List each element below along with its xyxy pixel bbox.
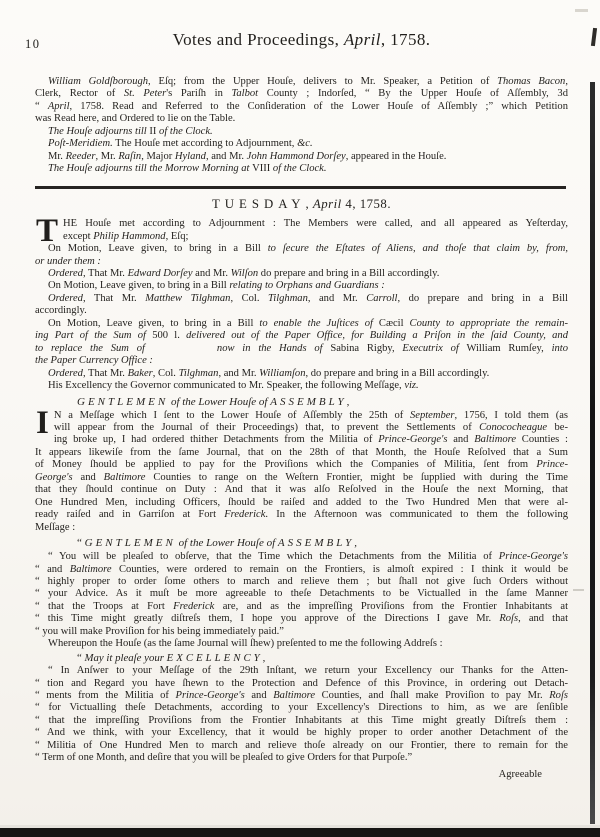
text-line: One Hundred Men, including Officers, ſho… xyxy=(35,497,568,509)
text-line: “ ments from the Militia of Prince-Georg… xyxy=(35,690,568,702)
text-line: GENTLEMEN of the Lower Houſe of ASSEMBLY… xyxy=(35,396,568,409)
drop-cap: I xyxy=(35,410,54,435)
scan-bottom-bar xyxy=(0,828,600,837)
text-line: George's and Baltimore Counties to range… xyxy=(35,472,568,484)
gentlemen-heading-2: “ GENTLEMEN of the Lower Houſe of ASSEMB… xyxy=(35,537,568,550)
text-line: Clerk, Rector of St. Peter's Pariſh in T… xyxy=(35,88,568,100)
text-line: accordingly. xyxy=(35,305,568,317)
page-title-month: April xyxy=(344,30,381,49)
text-line: It appears likewiſe from the ſame Journa… xyxy=(35,447,568,459)
text-line: Whereupon the Houſe (as the ſame Journal… xyxy=(35,638,568,650)
text-line: will appear from the Journal of their Pr… xyxy=(35,422,568,434)
text-line: “ April, 1758. Read and Referred to the … xyxy=(35,101,568,113)
gentlemen-heading-1: GENTLEMEN of the Lower Houſe of ASSEMBLY… xyxy=(35,396,568,409)
page-title-pre: Votes and Proceedings, xyxy=(173,30,344,49)
text-line: “ tion and Regard you have ſhewn to the … xyxy=(35,678,568,690)
text-line: “ that the Troops at Fort Frederick are,… xyxy=(35,601,568,613)
tuesday-heading: TUESDAY, April 4, 1758. xyxy=(35,198,568,210)
house-address-quote: “ In Anſwer to your Meſſage of the 29th … xyxy=(35,665,568,765)
scan-speck-top xyxy=(575,9,588,12)
address-intro: Whereupon the Houſe (as the ſame Journal… xyxy=(35,638,568,650)
scan-edge-shadow xyxy=(590,82,595,824)
text-line: to replace the Sum ofnow in the Hands of… xyxy=(35,343,568,355)
text-line: “ this Time might greatly diſtreſs them,… xyxy=(35,613,568,625)
text-line: “ And we think, with your Excellency, th… xyxy=(35,727,568,739)
text-line: On Motion, Leave given, to bring in a Bi… xyxy=(35,243,568,255)
text-line: “ Term of one Month, and deſire that you… xyxy=(35,752,568,764)
page-title-post: , 1758. xyxy=(381,30,431,49)
text-line: except Philip Hammond, Eſq; xyxy=(35,231,568,243)
text-line: His Excellency the Governor communicated… xyxy=(35,380,568,392)
text-line: Poſt-Meridiem. The Houſe met according t… xyxy=(35,138,568,150)
text-line: Mr. Reeder, Mr. Raſin, Major Hyland, and… xyxy=(35,151,568,163)
text-line: was Read here, and Ordered to lie on the… xyxy=(35,113,568,125)
text-line: Ordered, That Mr. Edward Dorſey and Mr. … xyxy=(35,268,568,280)
text-line: The Houſe adjourns till II of the Clock. xyxy=(35,126,568,138)
text-line: “ You will be pleaſed to obſerve, that t… xyxy=(35,551,568,563)
text-line: The Houſe adjourns till the Morrow Morni… xyxy=(35,163,568,175)
text-line: “ you will make Proviſion for his being … xyxy=(35,626,568,638)
page-content: William Goldſborough, Eſq; from the Uppe… xyxy=(35,76,568,781)
text-line: Ordered, That Mr. Matthew Tilghman, Col.… xyxy=(35,293,568,305)
text-line: On Motion, Leave given, to bring in a Bi… xyxy=(35,318,568,330)
scan-speck-mid xyxy=(573,589,584,591)
text-line: “ In Anſwer to your Meſſage of the 29th … xyxy=(35,665,568,677)
text-line: Agreeable xyxy=(35,769,568,781)
text-line: William Goldſborough, Eſq; from the Uppe… xyxy=(35,76,568,88)
petition-paragraph: William Goldſborough, Eſq; from the Uppe… xyxy=(35,76,568,126)
section-divider-rule xyxy=(35,186,566,189)
page-number: 10 xyxy=(25,37,41,52)
text-line: of Money ſhould be applied to pay for th… xyxy=(35,459,568,471)
text-line: “ that the impreſſing Proviſions from th… xyxy=(35,715,568,727)
text-line: ready raiſed and in Garriſon at Fort Fre… xyxy=(35,509,568,521)
text-line: “ for Victualling theſe Detachments, acc… xyxy=(35,702,568,714)
drop-cap: T xyxy=(35,218,63,243)
governor-message-quote: “ You will be pleaſed to obſerve, that t… xyxy=(35,551,568,638)
governor-message-paragraph: IN a Meſſage which I ſent to the Lower H… xyxy=(35,410,568,535)
text-line: “ May it pleaſe your EXCELLENCY, xyxy=(35,652,568,664)
tuesday-opening-paragraph: THE Houſe met according to Adjournment :… xyxy=(35,218,568,243)
text-line: ing broke up, I had ordered thither Deta… xyxy=(35,434,568,446)
text-line: or under them : xyxy=(35,256,568,268)
text-line: “ and Baltimore Counties, were ordered t… xyxy=(35,564,568,576)
text-line: “ Militia of One Hundred Men to march an… xyxy=(35,740,568,752)
scan-edge-curl xyxy=(591,28,597,46)
text-line: N a Meſſage which I ſent to the Lower Ho… xyxy=(35,410,568,422)
page-title: Votes and Proceedings, April, 1758. xyxy=(35,30,568,50)
text-line: “ highly proper to order ſome others to … xyxy=(35,576,568,588)
motions: On Motion, Leave given, to bring in a Bi… xyxy=(35,243,568,392)
running-header: 10 Votes and Proceedings, April, 1758. xyxy=(35,30,568,55)
scanned-document-page: 10 Votes and Proceedings, April, 1758. W… xyxy=(0,0,600,837)
text-line: Meſſage : xyxy=(35,522,568,534)
text-line: “ your Advice. As it muſt be more agreea… xyxy=(35,588,568,600)
text-line: HE Houſe met according to Adjournment : … xyxy=(35,218,568,230)
page-body: 10 Votes and Proceedings, April, 1758. W… xyxy=(35,30,568,781)
catchword: Agreeable xyxy=(35,769,568,781)
text-line: “ GENTLEMEN of the Lower Houſe of ASSEMB… xyxy=(35,537,568,550)
address-salutation: “ May it pleaſe your EXCELLENCY, xyxy=(35,652,568,664)
adjournment-lines: The Houſe adjourns till II of the Clock.… xyxy=(35,126,568,176)
text-line: the Paper Currency Office : xyxy=(35,355,568,367)
text-line: that they ſhould continue on Duty : And … xyxy=(35,484,568,496)
text-line: TUESDAY, April 4, 1758. xyxy=(35,198,568,210)
text-line: Ordered, That Mr. Baker, Col. Tilghman, … xyxy=(35,368,568,380)
text-line: On Motion, Leave given, to bring in a Bi… xyxy=(35,280,568,292)
text-line: ing Part of the Sum of 500 l. delivered … xyxy=(35,330,568,342)
